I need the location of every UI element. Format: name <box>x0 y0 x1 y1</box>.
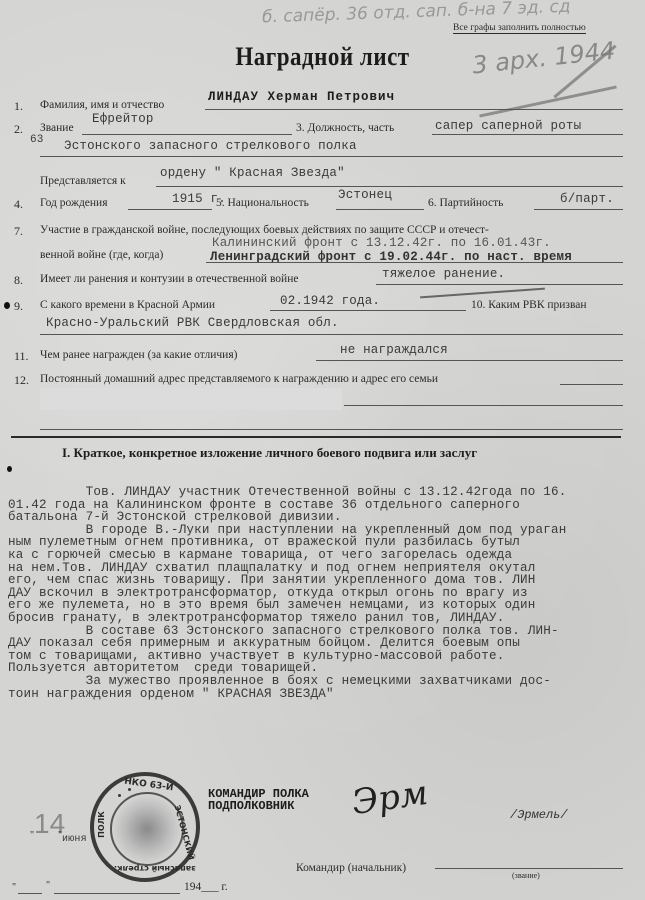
stamp-text-top: НКО 63-Й <box>124 777 174 794</box>
citation-line: За мужество проявленное в боях с немецки… <box>8 675 628 688</box>
field-7-underline <box>206 262 623 263</box>
presented-underline <box>156 186 623 187</box>
presented-value[interactable]: ордену " Красная Звезда" <box>160 166 345 180</box>
ink-blot <box>7 466 12 472</box>
stamp-text-left: ПОЛК <box>97 811 106 838</box>
field-3-value-prefix: 63 <box>30 134 44 146</box>
citation-line: бросив гранату, в электротрансформатор т… <box>8 612 628 625</box>
field-4-number: 4. <box>14 197 23 212</box>
field-1-underline <box>205 109 623 110</box>
field-12-underline-2 <box>344 405 623 406</box>
stamp-emblem <box>110 792 184 866</box>
field-10-value[interactable]: Красно-Уральский РВК Свердловская обл. <box>46 316 339 330</box>
field-6-label-text: Партийность <box>440 197 504 209</box>
field-9-underline <box>270 310 466 311</box>
redacted-address <box>40 388 342 410</box>
field-3-underline <box>432 134 623 135</box>
presented-label: Представляется к <box>40 175 126 187</box>
field-3-value[interactable]: сапер саперной роты <box>435 119 581 133</box>
date-blank-day <box>18 893 42 894</box>
citation-line: батальона 7-й Эстонской стрелковой дивиз… <box>8 511 628 524</box>
field-11-underline <box>316 360 623 361</box>
field-5-underline <box>336 209 424 210</box>
regiment-stamp: НКО 63-Й ЭСТОНСКИЙ запасный стрелк. ПОЛК <box>90 772 200 882</box>
field-2-number: 2. <box>14 122 23 137</box>
field-1-label: Фамилия, имя и отчество <box>40 99 164 111</box>
commander-label-wrap: Командир (начальник) <box>296 856 406 875</box>
section-divider <box>11 436 621 438</box>
field-12-number: 12. <box>14 373 29 388</box>
field-7-number: 7. <box>14 224 23 239</box>
field-10-number: 10. <box>471 299 485 311</box>
field-11-value[interactable]: не награждался <box>340 343 448 357</box>
field-3-label: 3. Должность, часть <box>296 122 394 134</box>
field-10-underline <box>40 334 623 335</box>
date-blank-quote: " <box>12 882 16 893</box>
ink-blot <box>4 302 10 309</box>
field-6-number: 6. <box>428 197 437 209</box>
field-11-number: 11. <box>14 349 29 364</box>
citation-line: ДАУ показал себя примерным и аккуратным … <box>8 637 628 650</box>
field-12-label: Постоянный домашний адрес представляемог… <box>40 373 438 385</box>
field-4-underline <box>128 209 212 210</box>
field-11-label: Чем ранее награжден (за какие отличия) <box>40 349 237 361</box>
field-8-value[interactable]: тяжелое ранение. <box>382 267 505 281</box>
award-citation: Тов. ЛИНДАУ участник Отечественной войны… <box>8 486 628 700</box>
field-5-label-text: Национальность <box>228 197 309 209</box>
citation-line: Тов. ЛИНДАУ участник Отечественной войны… <box>8 486 628 499</box>
field-12-underline <box>560 384 623 385</box>
citation-line: ка с горючей смесью в кармане товарища, … <box>8 549 628 562</box>
field-7-label-line1: Участие в гражданской войне, последующих… <box>40 224 489 236</box>
commander-rank: ПОДПОЛКОВНИК <box>208 800 309 812</box>
field-5-value[interactable]: Эстонец <box>338 188 392 202</box>
date-blank-year: 194___ г. <box>184 881 228 893</box>
field-3-value-continued[interactable]: Эстонского запасного стрелкового полка <box>64 139 357 153</box>
field-3-label-text: Должность, часть <box>308 122 395 134</box>
field-2-label: Звание <box>40 122 74 134</box>
field-2-underline <box>82 134 292 135</box>
field-3-number: 3. <box>296 122 305 134</box>
commander-title: КОМАНДИР ПОЛКА ПОДПОЛКОВНИК <box>208 788 309 812</box>
strike-scribble <box>479 85 617 117</box>
citation-line: его, чем спас жизнь товарищу. При заняти… <box>8 574 628 587</box>
fill-instruction: Все графы заполнить полностью <box>453 23 586 34</box>
field-8-number: 8. <box>14 273 23 288</box>
field-7-value-line1[interactable]: Калининский фронт с 13.12.42г. по 16.01.… <box>212 236 551 250</box>
commander-label: Командир (начальник) <box>296 862 406 874</box>
rank-caption: (звание) <box>512 871 540 880</box>
citation-line: тоин награждения орденом " КРАСНАЯ ЗВЕЗД… <box>8 688 628 701</box>
section-heading: I. Краткое, конкретное изложение личного… <box>62 445 477 461</box>
field-7-label-line2: венной войне (где, когда) <box>40 249 163 261</box>
field-1-value[interactable]: ЛИНДАУ Херман Петрович <box>208 90 395 104</box>
stamp-text-bottom: запасный стрелк. <box>114 864 196 873</box>
field-12-underline-3 <box>40 429 623 430</box>
field-6-label: 6. Партийность <box>428 197 503 209</box>
signer-name: /Эрмель/ <box>510 808 568 822</box>
field-3-underline-2 <box>40 156 623 157</box>
year-prefix: 194 <box>184 881 201 893</box>
date-blank-month <box>54 893 180 894</box>
field-5-label: 5. Национальность <box>216 197 309 209</box>
pen-stroke <box>420 288 545 299</box>
field-2-value[interactable]: Ефрейтор <box>92 112 154 126</box>
year-suffix: г. <box>221 881 227 893</box>
field-4-label: Год рождения <box>40 197 108 209</box>
commander-signature: Эрм <box>350 773 431 823</box>
field-10-label-text: Каким РВК призван <box>488 299 586 311</box>
field-10-label: 10. Каким РВК призван <box>471 299 587 311</box>
field-9-number: 9. <box>14 299 23 314</box>
commander-rank-underline <box>435 868 623 869</box>
field-5-number: 5. <box>216 197 225 209</box>
field-1-number: 1. <box>14 99 23 114</box>
date-blank-quote-2: " <box>46 880 50 891</box>
field-9-label: С какого времени в Красной Армии <box>40 299 215 311</box>
date-month: июня <box>62 834 87 845</box>
field-8-underline <box>376 284 623 285</box>
field-9-value[interactable]: 02.1942 года. <box>280 294 380 308</box>
field-6-underline <box>534 209 623 210</box>
field-8-label: Имеет ли ранения и контузии в отечествен… <box>40 273 298 285</box>
field-6-value[interactable]: б/парт. <box>560 192 614 206</box>
